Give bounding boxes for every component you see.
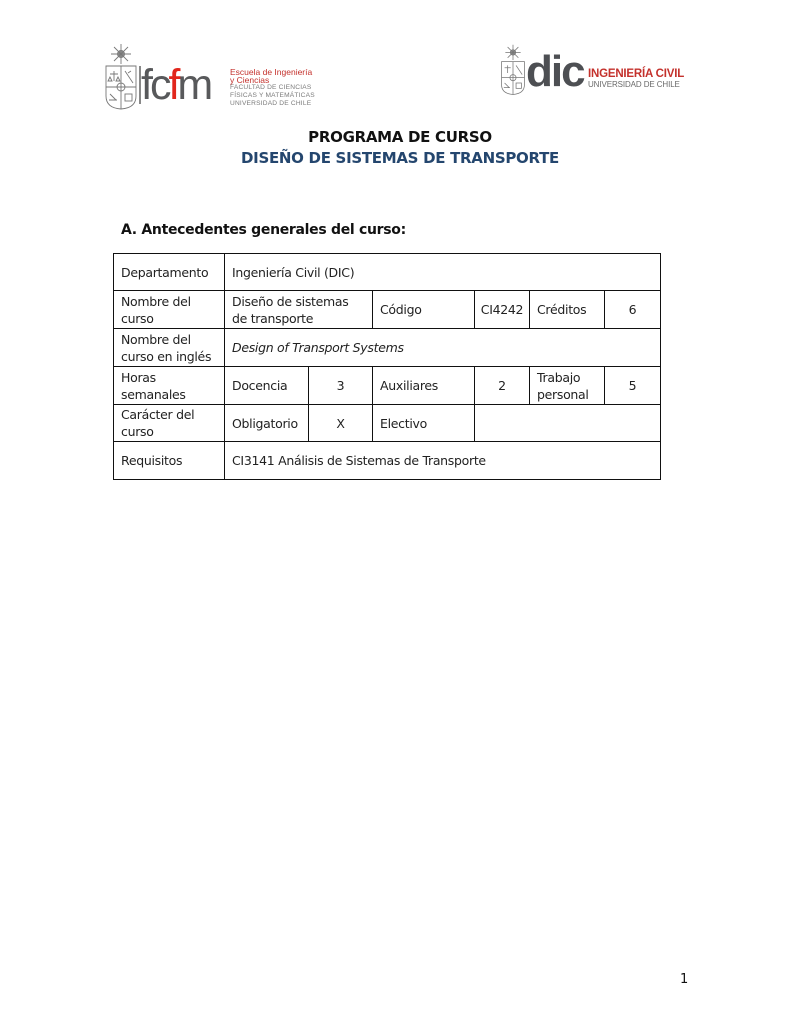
auxiliares-label: Auxiliares — [372, 366, 475, 405]
codigo-value: CI4242 — [474, 290, 530, 329]
nombre-ingles-value: Design of Transport Systems — [224, 328, 661, 367]
auxiliares-value: 2 — [474, 366, 530, 405]
creditos-label: Créditos — [529, 290, 605, 329]
docencia-label: Docencia — [224, 366, 309, 405]
caracter-label: Carácter del curso — [113, 404, 225, 442]
nombre-value: Diseño de sistemas de transporte — [224, 290, 373, 329]
fcfm-logo-text: Escuela de Ingeniería y Ciencias FACULTA… — [230, 68, 315, 108]
university-crest-icon — [500, 44, 526, 96]
dic-logo-text: INGENIERÍA CIVIL UNIVERSIDAD DE CHILE — [588, 68, 684, 89]
section-heading: A. Antecedentes generales del curso: — [121, 222, 406, 238]
requisitos-label: Requisitos — [113, 441, 225, 480]
fcfm-logo: fcfm Escuela de Ingeniería y Ciencias FA… — [104, 44, 314, 114]
fcfm-wordmark: fcfm — [141, 64, 210, 107]
docencia-value: 3 — [308, 366, 373, 405]
departamento-value: Ingeniería Civil (DIC) — [224, 253, 661, 291]
course-title: DISEÑO DE SISTEMAS DE TRANSPORTE — [0, 149, 800, 167]
trabajo-value: 5 — [604, 366, 661, 405]
creditos-value: 6 — [604, 290, 661, 329]
electivo-mark — [474, 404, 661, 442]
electivo-label: Electivo — [372, 404, 475, 442]
university-crest-icon — [104, 44, 138, 110]
departamento-label: Departamento — [113, 253, 225, 291]
codigo-label: Código — [372, 290, 475, 329]
trabajo-label: Trabajo personal — [529, 366, 605, 405]
course-info-table: Departamento Ingeniería Civil (DIC) Nomb… — [113, 253, 661, 480]
nombre-ingles-label: Nombre del curso en inglés — [113, 328, 225, 367]
nombre-label: Nombre del curso — [113, 290, 225, 329]
horas-label: Horas semanales — [113, 366, 225, 405]
dic-logo: dic INGENIERÍA CIVIL UNIVERSIDAD DE CHIL… — [500, 44, 690, 100]
page-number: 1 — [680, 972, 688, 987]
dic-wordmark: dic — [526, 50, 584, 94]
requisitos-value: CI3141 Análisis de Sistemas de Transport… — [224, 441, 661, 480]
obligatorio-mark: X — [308, 404, 373, 442]
document-title: PROGRAMA DE CURSO — [0, 128, 800, 146]
obligatorio-label: Obligatorio — [224, 404, 309, 442]
